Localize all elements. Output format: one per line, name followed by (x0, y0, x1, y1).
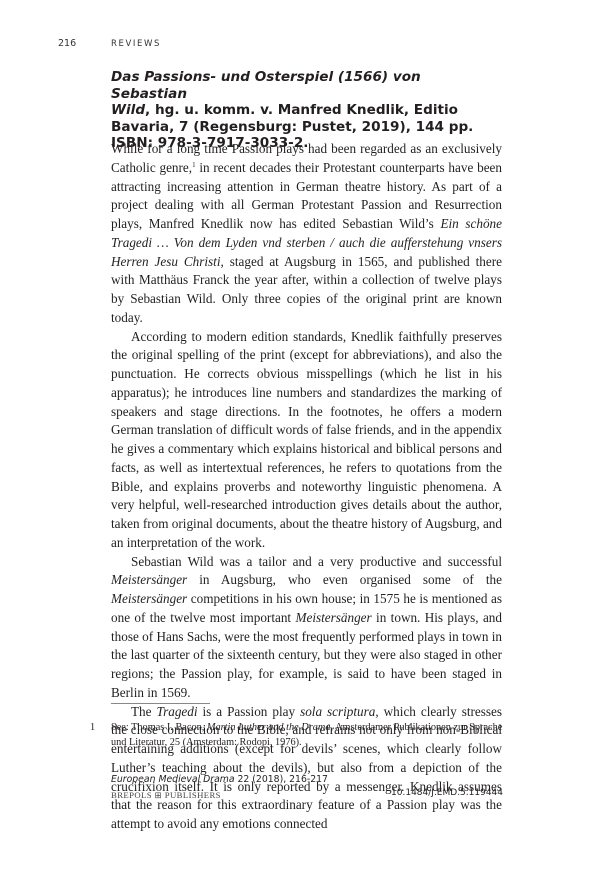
publisher-logo: BREPOLS ⊞ PUBLISHERS (111, 790, 221, 801)
page-number: 216 (58, 38, 111, 49)
title-italic-2: Wild (111, 102, 145, 118)
section-label: REVIEWS (111, 39, 161, 49)
term: Meistersänger (295, 610, 371, 625)
journal-name: European Medieval Drama (111, 774, 235, 785)
footnote-text: See: Thomas I. Bacon, Martin Luther and … (111, 720, 510, 750)
text: See: Thomas I. Bacon, (111, 722, 207, 733)
work-title: Martin Luther and the Drama (207, 722, 331, 733)
paragraph-3: Sebastian Wild was a tailor and a very p… (111, 553, 502, 703)
title-italic-1: Das Passions- und Osterspiel (1566) von … (111, 69, 421, 102)
text: Sebastian Wild was a tailor and a very p… (131, 554, 502, 569)
running-head: 216REVIEWS (58, 38, 161, 49)
text: The (131, 704, 156, 719)
term: Meistersänger (111, 591, 187, 606)
footnote-number: 1 (90, 720, 104, 735)
doi-link[interactable]: 10.1484/J.EMD.5.119444 (391, 788, 503, 798)
text: is a Passion play (198, 704, 301, 719)
footnote-1: 1 See: Thomas I. Bacon, Martin Luther an… (90, 720, 510, 750)
footnote-divider (111, 703, 210, 704)
journal-issue: 22 (2018), 216-217 (235, 774, 328, 785)
paragraph-1: While for a long time Passion plays had … (111, 140, 502, 328)
text: in Augsburg, who even organised some of … (187, 572, 502, 587)
term: sola scriptura (300, 704, 375, 719)
journal-citation: European Medieval Drama 22 (2018), 216-2… (111, 774, 328, 785)
term: Meistersänger (111, 572, 187, 587)
term: Tragedi (156, 704, 197, 719)
paragraph-2: According to modern edition standards, K… (111, 328, 502, 553)
